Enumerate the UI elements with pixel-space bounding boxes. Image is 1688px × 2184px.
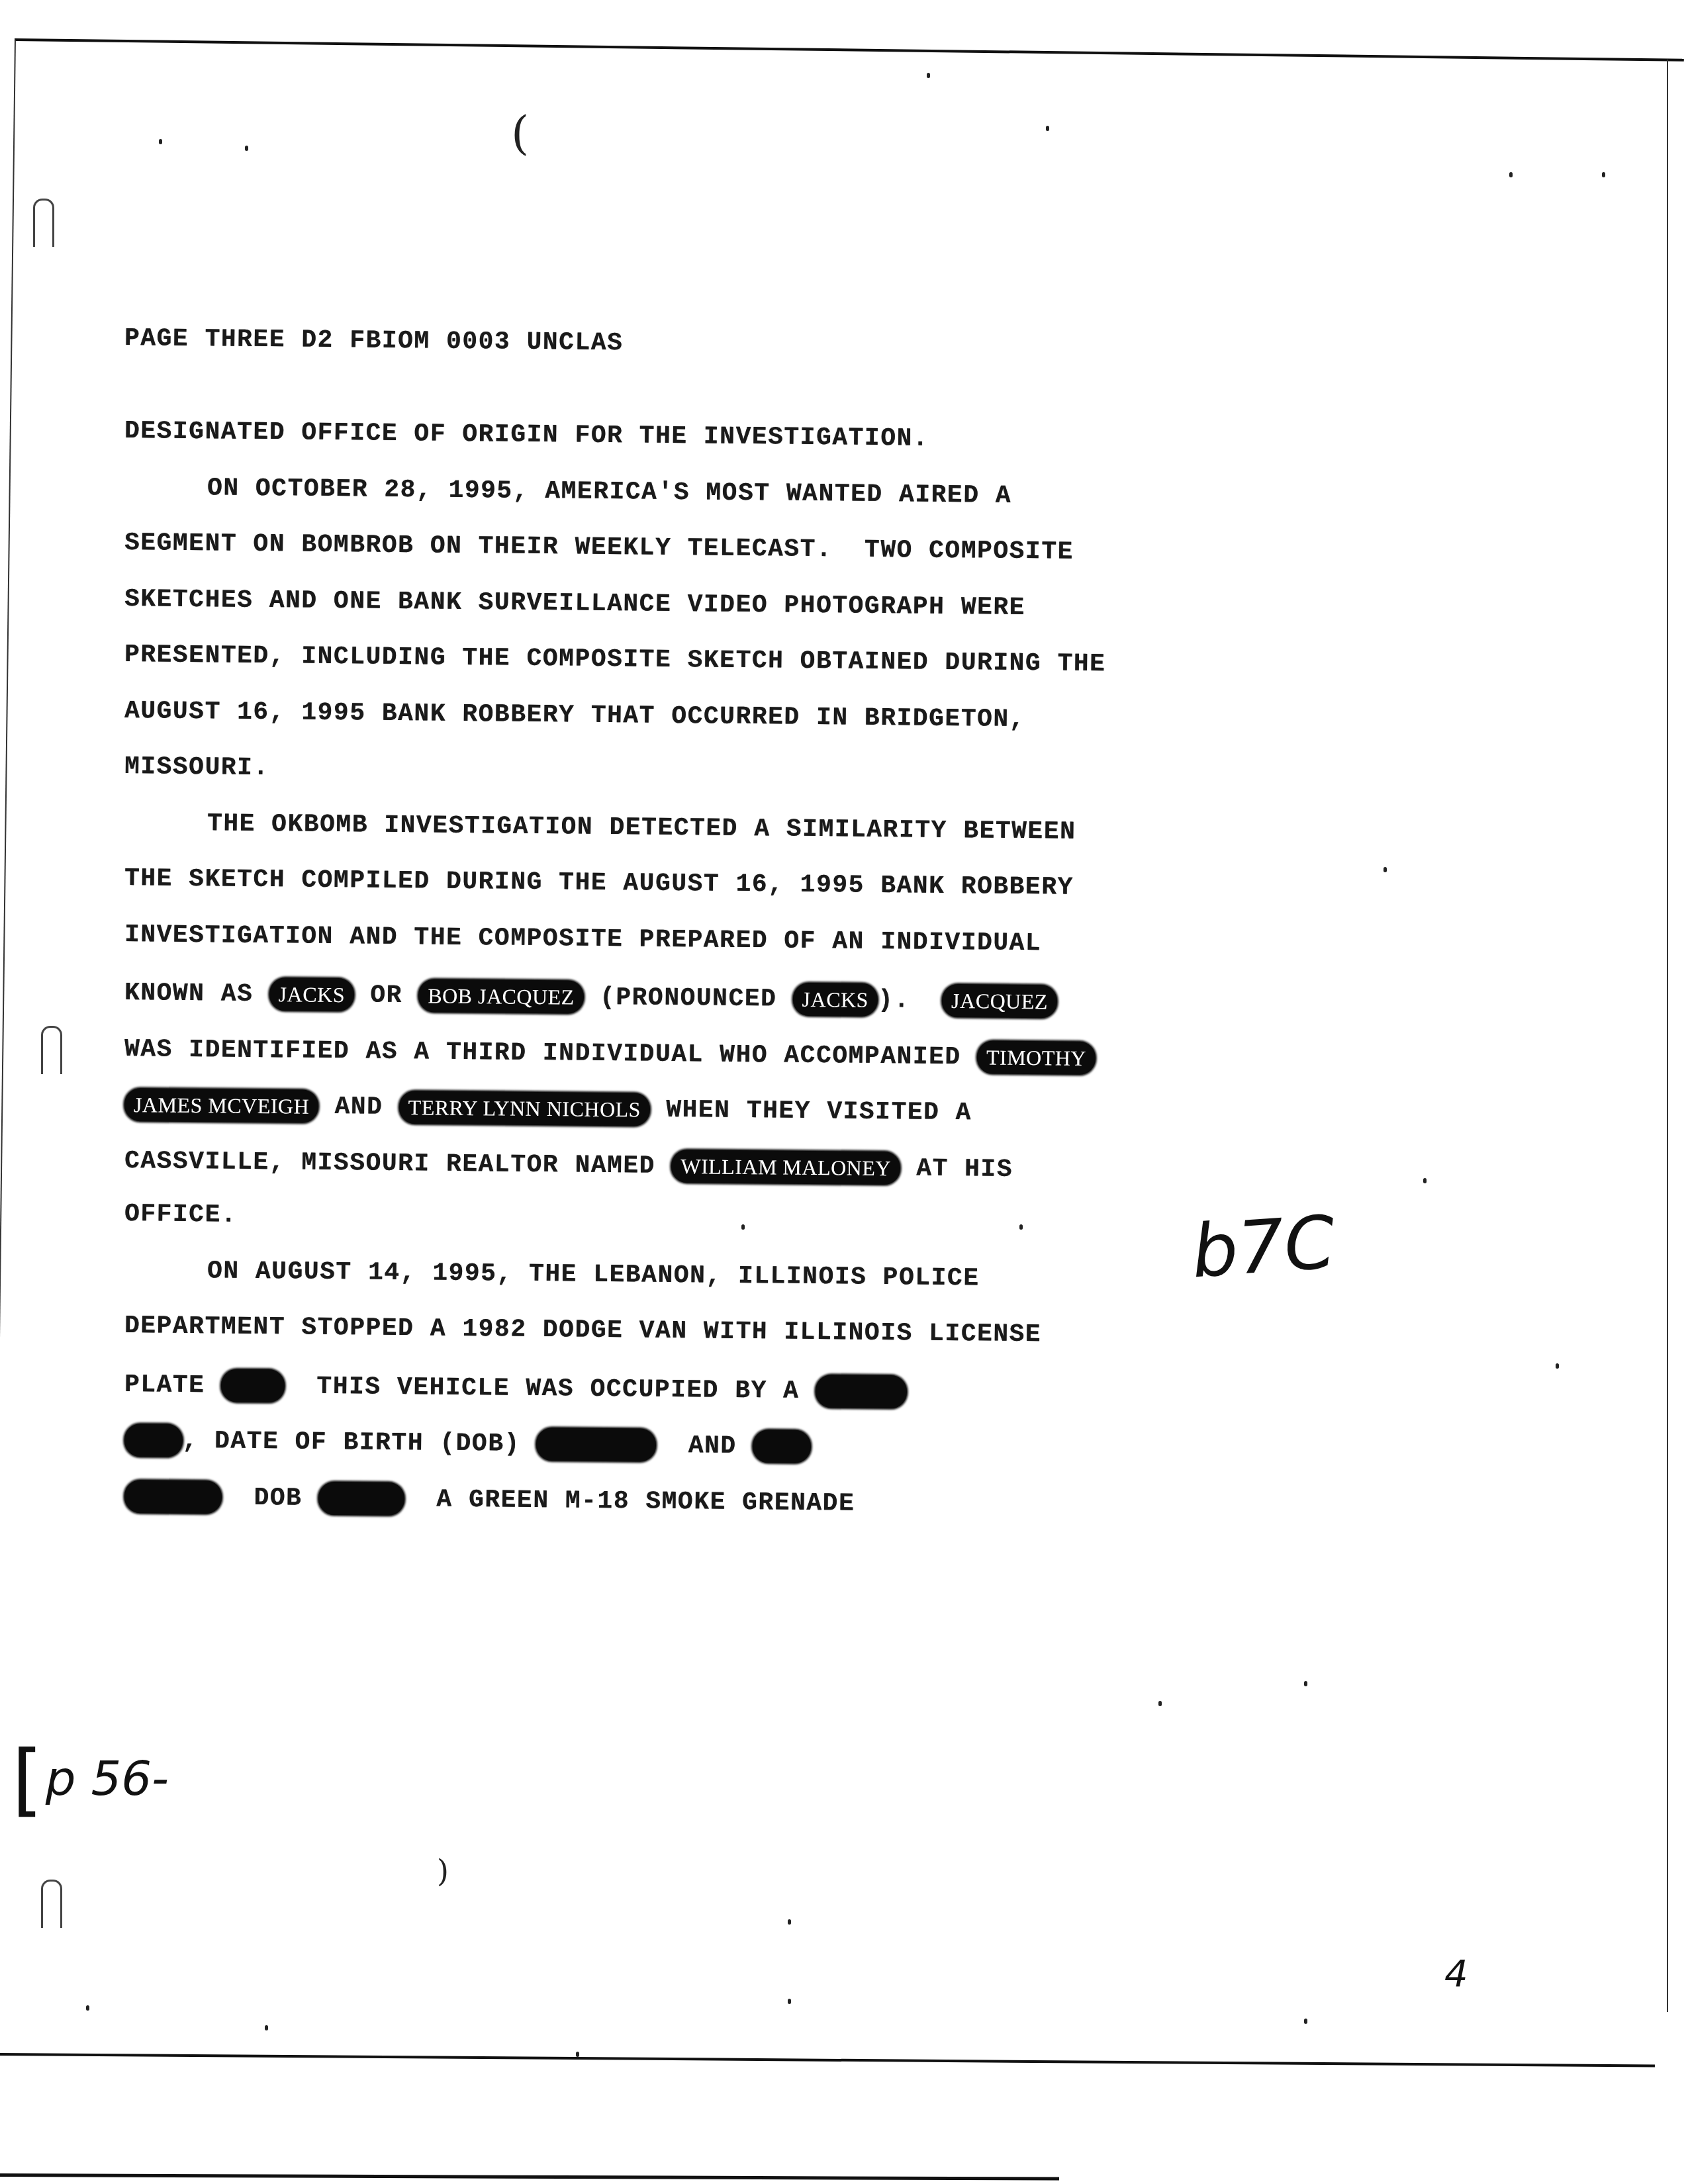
body-line: OFFICE. [124,1200,238,1230]
body-line: , DATE OF BIRTH (DOB) AND [124,1424,811,1463]
line-text: PLATE [124,1371,221,1400]
scan-speck [927,73,930,78]
redaction-box: TIMOTHY [977,1040,1096,1075]
page-border-right [1667,60,1668,2012]
bottom-edge-rule [0,2173,1059,2181]
line-text: (PRONOUNCED [584,983,793,1014]
handwritten-page-number: 4 [1444,1952,1468,1995]
handwritten-page-reference: [p 56- [12,1734,169,1826]
redaction-box: JACKS [792,983,878,1017]
scan-speck [1019,1224,1023,1230]
scan-artifact: ) [437,1853,449,1889]
scan-speck [1423,1178,1427,1183]
body-line: MISSOURI. [124,752,269,783]
page-reference-text: p 56- [46,1751,169,1806]
redaction-box: BOB JACQUEZ [418,979,584,1013]
scan-speck [265,2025,268,2030]
redaction-box [318,1481,404,1515]
line-text: KNOWN AS [124,979,269,1009]
bracket-mark: [ [12,1734,43,1826]
scan-speck [788,1999,791,2004]
line-text: AT HIS [900,1154,1013,1184]
line-text: WHEN THEY VISITED A [650,1096,972,1128]
body-line: PLATE THIS VEHICLE WAS OCCUPIED BY A [124,1368,908,1408]
punch-hole-mark [41,1880,62,1928]
body-line: DOB A GREEN M-18 SMOKE GRENADE [124,1480,855,1520]
redaction-box [536,1428,656,1462]
line-text: AND [656,1432,753,1461]
scan-speck [1046,126,1049,131]
scan-speck [245,146,248,151]
handwritten-exemption-code: b7C [1189,1200,1338,1295]
redaction-box: TERRY LYNN NICHOLS [399,1091,650,1126]
redaction-box: JACQUEZ [942,984,1057,1019]
redaction-box [753,1430,811,1463]
scan-speck [1556,1363,1559,1369]
scan-speck [159,139,162,144]
scan-speck [1304,2019,1307,2024]
line-text: WAS IDENTIFIED AS A THIRD INDIVIDUAL WHO… [124,1035,977,1071]
scan-speck [788,1919,791,1925]
line-text: MISSOURI. [124,752,269,782]
scan-speck [1509,172,1513,177]
scan-speck [1383,867,1387,872]
redaction-box: JAMES MCVEIGH [124,1088,319,1123]
redaction-box [124,1424,183,1457]
scan-speck [1304,1681,1307,1686]
line-text: OR [354,981,419,1010]
punch-hole-mark [41,1026,62,1074]
line-text: OFFICE. [124,1200,238,1230]
scan-speck [741,1224,745,1230]
scan-speck [1602,172,1605,177]
punch-hole-mark [33,199,54,247]
scan-speck [576,2052,579,2057]
redaction-box [124,1480,222,1514]
line-text: AND [318,1093,399,1122]
redaction-box [816,1375,908,1408]
page-header: PAGE THREE D2 FBIOM 0003 UNCLAS [124,324,624,358]
line-text: DOB [222,1483,318,1512]
scan-artifact: ( [511,106,529,160]
redaction-box [221,1369,285,1402]
line-text: THIS VEHICLE WAS OCCUPIED BY A [285,1372,816,1406]
line-text: A GREEN M-18 SMOKE GRENADE [404,1485,855,1518]
scan-speck [86,2005,89,2011]
redaction-box: WILLIAM MALONEY [671,1149,900,1184]
scan-speck [1158,1701,1162,1706]
line-text: ). [878,986,943,1015]
redaction-box: JACKS [269,978,354,1011]
line-text: , DATE OF BIRTH (DOB) [182,1427,536,1459]
line-text: CASSVILLE, MISSOURI REALTOR NAMED [124,1147,672,1181]
